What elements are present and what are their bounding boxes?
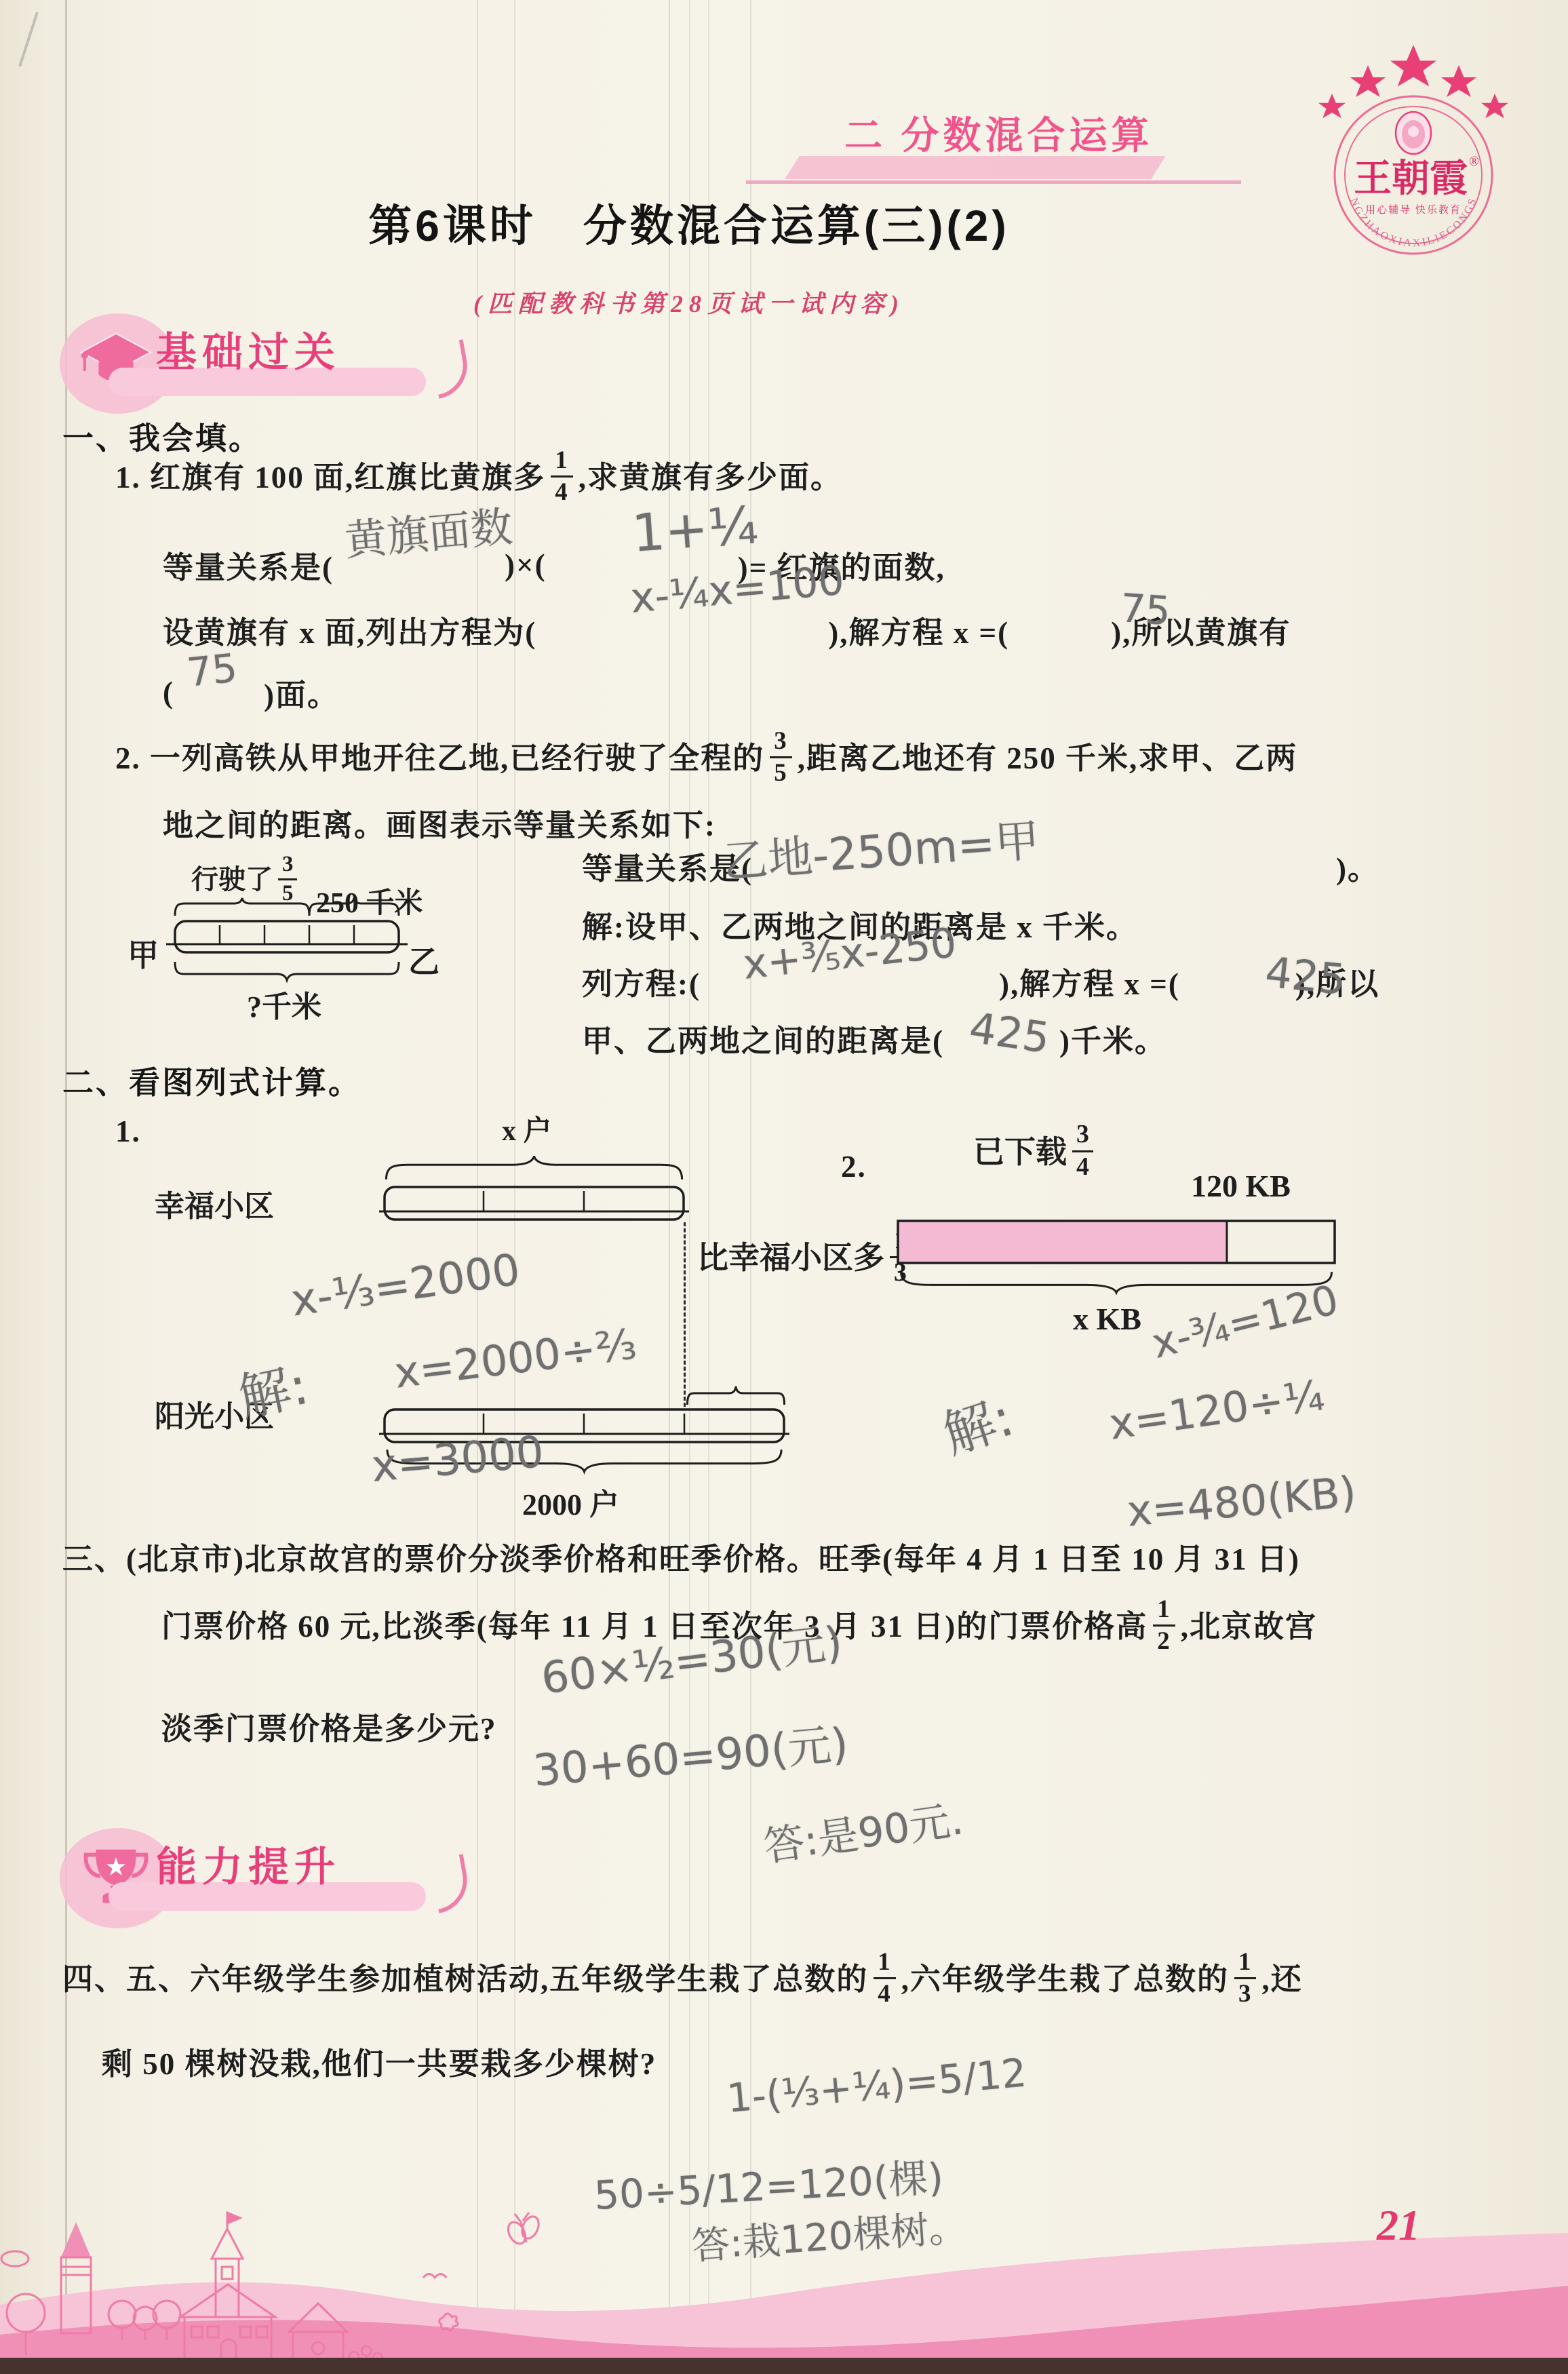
q2-diagram-label-traveled: 行驶了 35 xyxy=(191,852,302,903)
q2-equation-line: 列方程:( ),解方程 x =( ),所以 xyxy=(582,959,1379,1003)
item1-diff-label: 比幸福小区多 13 xyxy=(697,1226,916,1284)
item1-top-brace xyxy=(383,1154,685,1180)
item1-dashed-line xyxy=(684,1222,686,1407)
lesson-title: 第6课时 分数混合运算(三)(2) xyxy=(0,191,1378,254)
item1-top-label: x 户 xyxy=(502,1108,552,1149)
q1-line1: 1. 红旗有 100 面,红旗比黄旗多 14 ,求黄旗有多少面。 xyxy=(115,446,842,503)
pencil-tower-icon xyxy=(61,2222,91,2257)
brand-reg: ® xyxy=(1469,154,1479,169)
item2-handwriting-3: x=480(KB) xyxy=(1125,1467,1358,1536)
workbook-page: 二 分数混合运算 王朝霞 ® 用心辅导 快乐教育 WANGZHAOXIAXILI… xyxy=(0,0,1568,2374)
footer-artwork xyxy=(0,2157,1568,2374)
p4-line2: 剩 50 棵树没栽,他们一共要栽多少棵树? xyxy=(102,2039,656,2083)
p4-handwriting-1: 1-(⅓+¼)=5/12 xyxy=(725,2050,1028,2122)
item2-handwriting-jie: 解: xyxy=(933,1376,1021,1468)
handwriting-blank2: 1+¼ xyxy=(630,494,760,564)
item1-small-brace xyxy=(686,1385,785,1405)
bird-icon xyxy=(423,2274,446,2278)
item1-bar1-label: 幸福小区 xyxy=(155,1182,274,1225)
p3-handwriting-3: 答:是90元. xyxy=(760,1787,966,1873)
q2-diagram-label-250km: 250 千米 xyxy=(316,880,423,921)
brand-tagline: 用心辅导 快乐教育 xyxy=(1365,203,1462,216)
school-steeple xyxy=(212,2229,243,2259)
scan-crease xyxy=(689,0,690,2374)
scan-crease xyxy=(708,0,709,2374)
p3-line1: 三、(北京市)北京故宫的票价分淡季价格和旺季价格。旺季(每年 4 月 1 日至 … xyxy=(62,1534,1300,1578)
page-number: 21 xyxy=(1377,2200,1420,2251)
q2-diagram-label-jia: 甲 xyxy=(128,931,159,975)
pen-mark xyxy=(18,12,39,66)
fraction: 12 xyxy=(1153,1597,1175,1654)
item2-progress-bar xyxy=(897,1220,1336,1264)
handwriting-x-value2: 425 xyxy=(1263,947,1348,1005)
q2-line2: 地之间的距离。画图表示等量关系如下: xyxy=(163,800,716,844)
badge-label: 能力提升 xyxy=(156,1835,340,1893)
q2-line1: 2. 一列高铁从甲地开往乙地,已经行驶了全程的 35 ,距离乙地还有 250 千… xyxy=(115,727,1297,784)
item2-number: 2. xyxy=(841,1149,867,1184)
fraction: 35 xyxy=(770,728,791,785)
item2-handwriting-2: x=120÷¼ xyxy=(1106,1370,1327,1449)
item1-bar1 xyxy=(383,1186,685,1221)
handwriting-x-value: 75 xyxy=(1119,585,1172,634)
part2-heading: 二、看图列式计算。 xyxy=(62,1058,361,1103)
fraction: 34 xyxy=(1072,1122,1093,1180)
section-badge-basic: 基础过关 xyxy=(60,313,494,415)
badge-label: 基础过关 xyxy=(156,320,340,378)
cloud-icon xyxy=(1,2251,28,2266)
book-edge xyxy=(0,2358,1568,2374)
badge-flourish xyxy=(429,339,472,398)
fraction: 14 xyxy=(551,448,572,505)
fraction: 14 xyxy=(874,1949,895,2006)
p3-line3: 淡季门票价格是多少元? xyxy=(161,1704,497,1748)
item2-bottom-label: x KB xyxy=(1073,1301,1141,1337)
unit-header: 二 分数混合运算 xyxy=(844,106,1154,160)
item1-bottom-label: 2000 户 xyxy=(522,1480,619,1523)
scan-crease xyxy=(750,0,751,2374)
fraction: 35 xyxy=(278,853,297,905)
q2-diagram-label-yi: 乙 xyxy=(408,937,439,982)
item1-handwriting-jie: 解: xyxy=(231,1344,314,1431)
handwriting-answer: 75 xyxy=(184,644,239,695)
item2-top-label: 已下载 34 xyxy=(973,1121,1099,1178)
p4-line1: 四、五、六年级学生参加植树活动,五年级学生栽了总数的 14 ,六年级学生栽了总数… xyxy=(62,1948,1303,2005)
chip-underline xyxy=(746,180,1241,184)
butterfly-icon xyxy=(505,2213,542,2246)
q2-diagram-label-question: ?千米 xyxy=(247,982,321,1026)
item2-kb-label: 120 KB xyxy=(1191,1168,1291,1204)
fraction: 13 xyxy=(1234,1949,1256,2006)
section-badge-advanced: 能力提升 xyxy=(60,1828,494,1930)
badge-flourish xyxy=(429,1854,472,1913)
q2-answer-line: 甲、乙两地之间的距离是()千米。 xyxy=(582,1016,1167,1060)
item1-number: 1. xyxy=(115,1114,141,1149)
item1-handwriting-1: x-⅓=2000 xyxy=(288,1245,523,1327)
